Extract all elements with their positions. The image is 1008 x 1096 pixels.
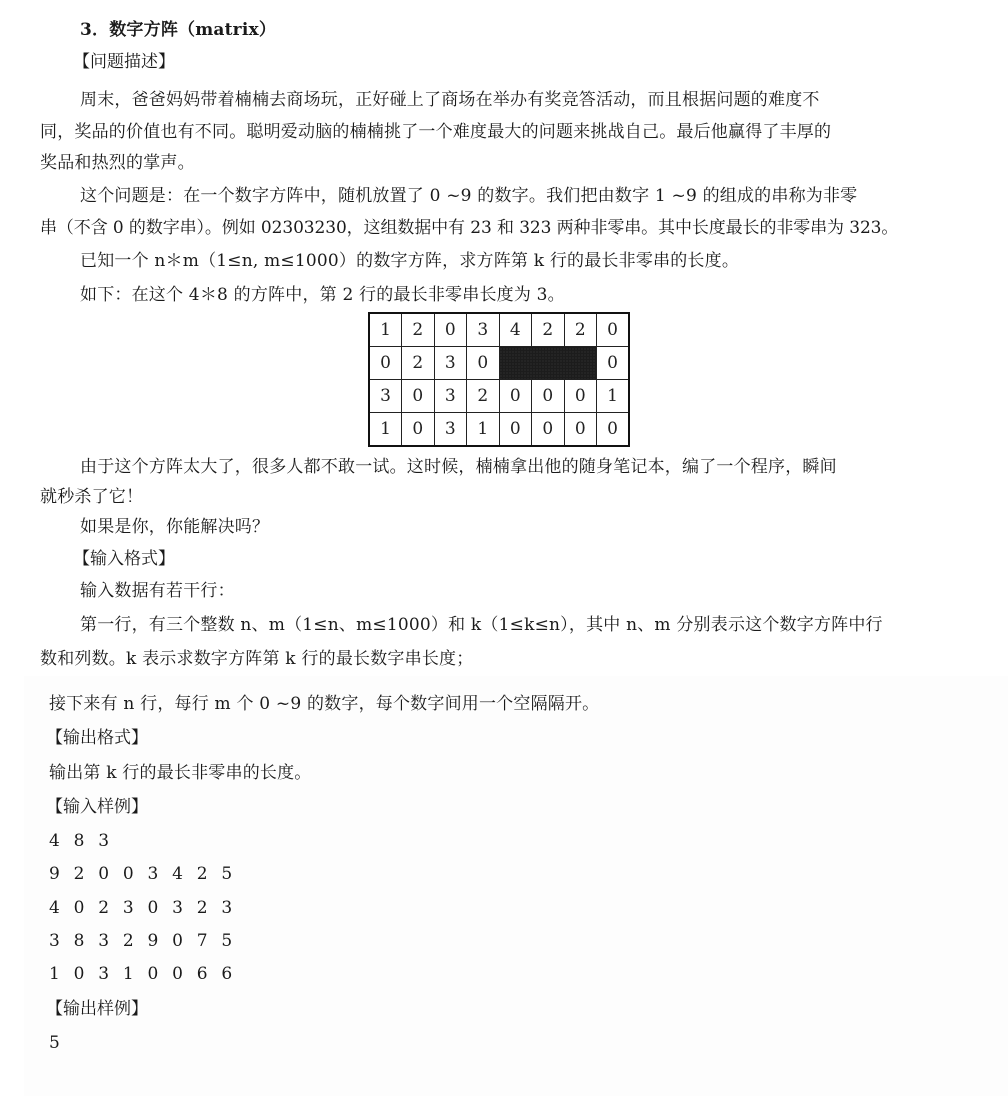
matrix-cell: 0 bbox=[402, 413, 435, 447]
sample-input-line: 4 0 2 3 0 3 2 3 bbox=[49, 897, 236, 919]
matrix-cell: 0 bbox=[564, 413, 597, 447]
matrix-cell: 2 bbox=[532, 313, 565, 347]
example-matrix-table: 1 2 0 3 4 2 2 0 0 2 3 0 0 3 0 3 2 0 0 0 … bbox=[368, 312, 630, 447]
matrix-cell: 1 bbox=[467, 413, 500, 447]
matrix-cell: 2 bbox=[564, 313, 597, 347]
matrix-cell: 1 bbox=[597, 380, 630, 413]
matrix-cell: 0 bbox=[434, 313, 467, 347]
matrix-cell: 0 bbox=[369, 347, 402, 380]
sample-input-line: 9 2 0 0 3 4 2 5 bbox=[49, 863, 236, 885]
paragraph-task: 已知一个 n＊m（1≤n, m≤1000）的数字方阵，求方阵第 k 行的最长非零… bbox=[80, 250, 739, 272]
matrix-cell: 3 bbox=[434, 380, 467, 413]
paragraph-line: 奖品和热烈的掌声。 bbox=[40, 152, 195, 174]
sample-output-line: 5 bbox=[49, 1032, 64, 1054]
section-label-sample-output: 【输出样例】 bbox=[46, 998, 148, 1020]
matrix-cell: 1 bbox=[369, 313, 402, 347]
matrix-cell: 2 bbox=[402, 313, 435, 347]
section-label-problem-description: 【问题描述】 bbox=[73, 51, 175, 73]
input-format-line: 输入数据有若干行： bbox=[80, 580, 235, 602]
matrix-cell: 3 bbox=[434, 347, 467, 380]
matrix-cell: 0 bbox=[467, 347, 500, 380]
section-label-sample-input: 【输入样例】 bbox=[46, 796, 148, 818]
paragraph-line: 就秒杀了它！ bbox=[40, 486, 143, 508]
paragraph-line: 串（不含 0 的数字串）。例如 02303230，这组数据中有 23 和 323… bbox=[40, 217, 898, 239]
sample-input-line: 1 0 3 1 0 0 6 6 bbox=[49, 963, 236, 985]
matrix-row: 1 2 0 3 4 2 2 0 bbox=[369, 313, 629, 347]
problem-title: 3．数字方阵（matrix） bbox=[80, 19, 276, 41]
paragraph-line: 周末，爸爸妈妈带着楠楠去商场玩，正好碰上了商场在举办有奖竞答活动，而且根据问题的… bbox=[80, 89, 820, 111]
section-label-input-format: 【输入格式】 bbox=[73, 548, 175, 570]
matrix-cell: 0 bbox=[597, 347, 630, 380]
matrix-cell: 2 bbox=[467, 380, 500, 413]
matrix-cell: 3 bbox=[434, 413, 467, 447]
paragraph-line: 这个问题是：在一个数字方阵中，随机放置了 0 ~9 的数字。我们把由数字 1 ~… bbox=[80, 185, 857, 207]
paragraph-question: 如果是你，你能解决吗？ bbox=[80, 516, 269, 538]
matrix-cell: 2 bbox=[402, 347, 435, 380]
matrix-cell: 0 bbox=[532, 413, 565, 447]
matrix-cell: 0 bbox=[499, 380, 532, 413]
matrix-cell: 3 bbox=[467, 313, 500, 347]
input-format-line: 第一行，有三个整数 n、m（1≤n、m≤1000）和 k（1≤k≤n），其中 n… bbox=[80, 614, 883, 636]
matrix-row: 3 0 3 2 0 0 0 1 bbox=[369, 380, 629, 413]
paragraph-example-intro: 如下：在这个 4＊8 的方阵中，第 2 行的最长非零串长度为 3。 bbox=[80, 284, 565, 306]
input-format-line: 接下来有 n 行，每行 m 个 0 ~9 的数字，每个数字间用一个空隔隔开。 bbox=[49, 693, 599, 715]
paragraph-line: 由于这个方阵太大了，很多人都不敢一试。这时候，楠楠拿出他的随身笔记本，编了一个程… bbox=[80, 456, 837, 478]
section-label-output-format: 【输出格式】 bbox=[46, 727, 148, 749]
matrix-cell: 1 bbox=[369, 413, 402, 447]
matrix-cell: 0 bbox=[564, 380, 597, 413]
sample-input-line: 4 8 3 bbox=[49, 830, 113, 852]
matrix-cell: 0 bbox=[499, 413, 532, 447]
matrix-row: 1 0 3 1 0 0 0 0 bbox=[369, 413, 629, 447]
paragraph-line: 同，奖品的价值也有不同。聪明爱动脑的楠楠挑了一个难度最大的问题来挑战自己。最后他… bbox=[40, 121, 831, 143]
sample-input-line: 3 8 3 2 9 0 7 5 bbox=[49, 930, 236, 952]
matrix-cell: 0 bbox=[597, 413, 630, 447]
output-format-line: 输出第 k 行的最长非零串的长度。 bbox=[49, 762, 312, 784]
matrix-cell: 0 bbox=[402, 380, 435, 413]
matrix-cell: 4 bbox=[499, 313, 532, 347]
input-format-line: 数和列数。k 表示求数字方阵第 k 行的最长数字串长度； bbox=[40, 648, 473, 670]
matrix-cell: 3 bbox=[369, 380, 402, 413]
matrix-cell: 0 bbox=[532, 380, 565, 413]
matrix-row: 0 2 3 0 0 bbox=[369, 347, 629, 380]
matrix-cell: 0 bbox=[597, 313, 630, 347]
matrix-filled-block bbox=[499, 347, 597, 380]
lower-section-background bbox=[24, 676, 1008, 1096]
